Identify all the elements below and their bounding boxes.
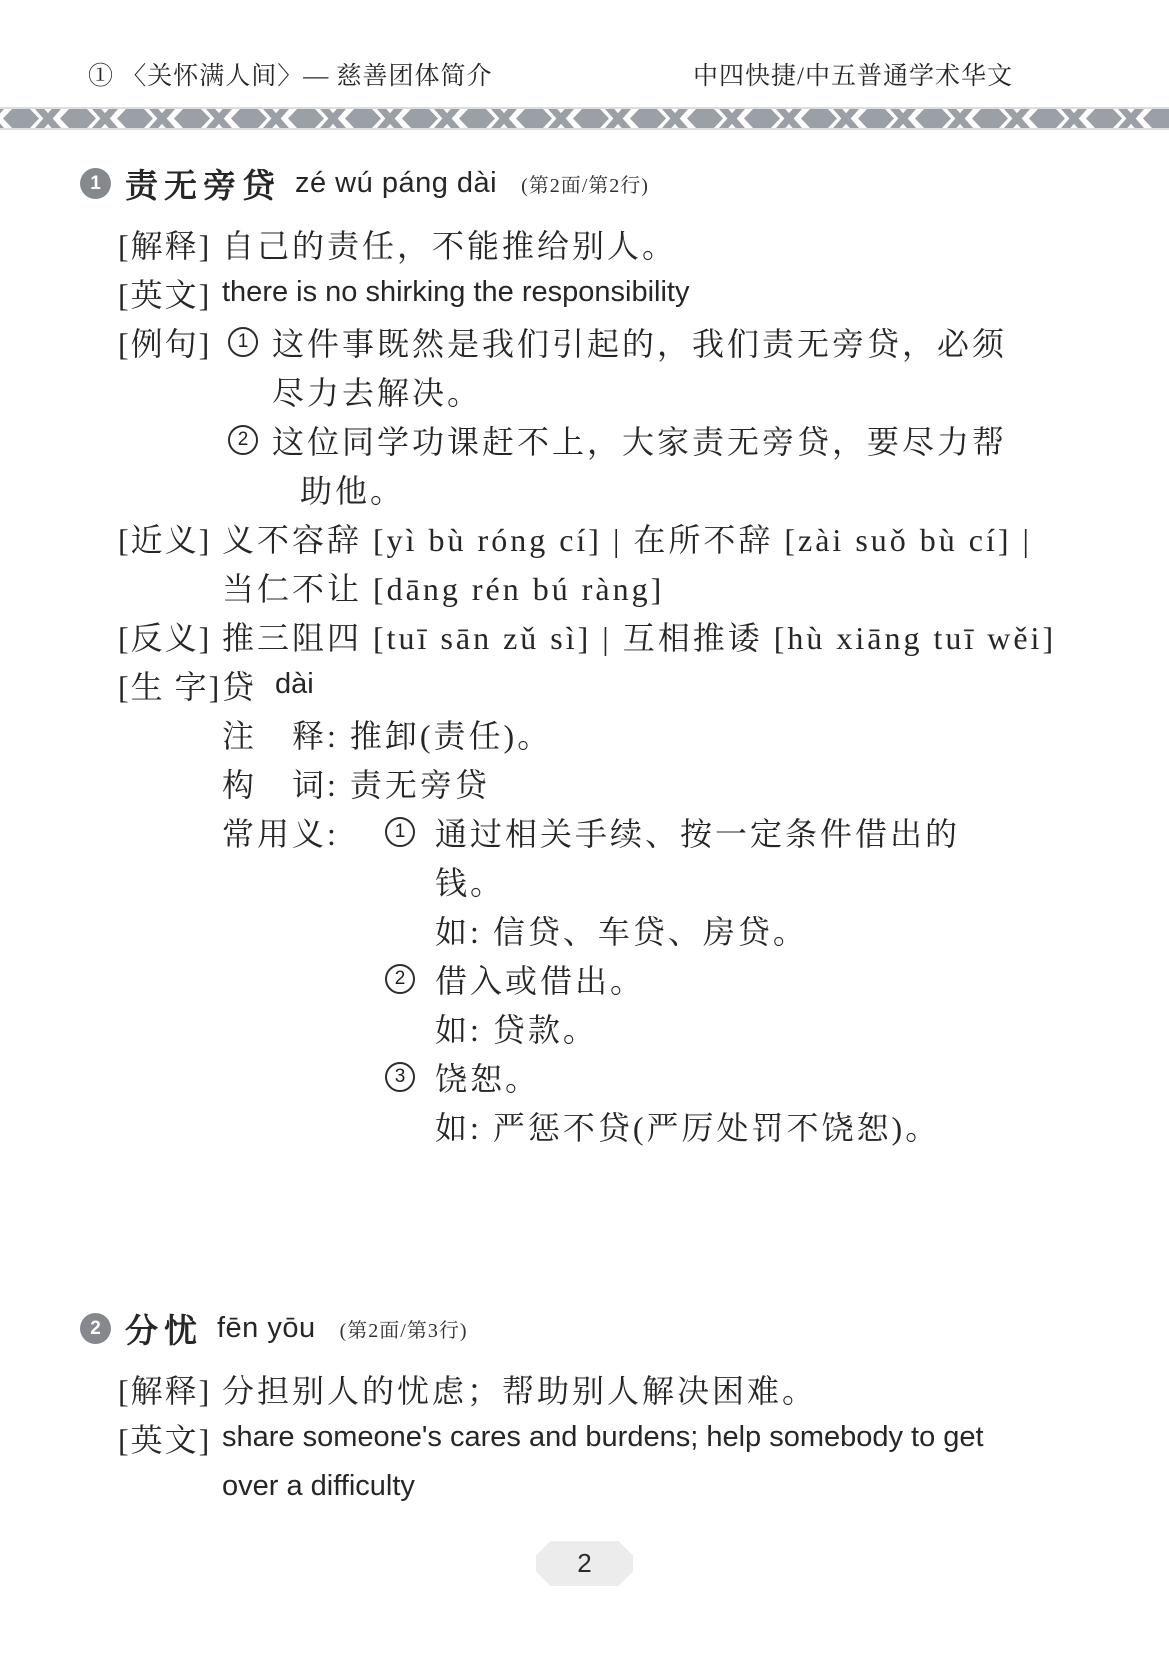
entry-number-badge: 1 [80, 168, 111, 199]
line-content: 钱。 [435, 858, 505, 904]
line-content: 如: 贷款。 [435, 1005, 598, 1051]
line-content: 当仁不让 [dāng rén bú ràng] [222, 564, 664, 610]
line-content: share someone's cares and burdens; help … [222, 1421, 984, 1454]
line-text: 这件事既然是我们引起的，我们责无旁贷，必须 [272, 319, 1007, 365]
line-text: 自己的责任，不能推给别人。 [222, 221, 677, 267]
line-content: 推三阻四 [tuī sān zǔ sì] | 互相推诿 [hù xiāng tu… [222, 613, 1056, 659]
vocabulary-entry: 1 责无旁贷 zé wú páng dài (第2面/第2行) [解释] 自己的… [0, 163, 1169, 1150]
entry-line: 3 饶恕。 [0, 1052, 1169, 1101]
line-content: 注 释: 推卸(责任)。 [222, 711, 552, 757]
page-number-badge: 2 [536, 1541, 633, 1586]
line-pinyin: dài [275, 668, 314, 701]
section-label: [解释] [118, 1366, 222, 1412]
line-text: 如: 信贷、车贷、房贷。 [435, 907, 808, 953]
line-text: over a difficulty [222, 1470, 415, 1503]
line-text: 如: 严惩不贷(严厉处罚不饶恕)。 [435, 1103, 940, 1149]
entry-line: [英文] there is no shirking the responsibi… [0, 268, 1169, 317]
line-text: 尽力去解决。 [272, 368, 482, 414]
line-content: 3 饶恕。 [385, 1054, 540, 1100]
entry-line: [反义] 推三阻四 [tuī sān zǔ sì] | 互相推诿 [hù xiā… [0, 611, 1169, 660]
line-text: 如: 贷款。 [435, 1005, 598, 1051]
line-content: 尽力去解决。 [272, 368, 482, 414]
entry-word: 责无旁贷 [125, 160, 281, 207]
vocabulary-entry: 2 分忧 fēn yōu (第2面/第3行) [解释] 分担别人的忧虑；帮助别人… [0, 1308, 1169, 1511]
vocabulary-entries: 1 责无旁贷 zé wú páng dài (第2面/第2行) [解释] 自己的… [0, 163, 1169, 1511]
entry-line: 注 释: 推卸(责任)。 [0, 709, 1169, 758]
line-content: 如: 信贷、车贷、房贷。 [435, 907, 808, 953]
textbook-page: ① 〈关怀满人间〉— 慈善团体简介 中四快捷/中五普通学术华文 1 责无旁贷 z… [0, 0, 1169, 1659]
entry-heading: 2 分忧 fēn yōu (第2面/第3行) [80, 1308, 1169, 1348]
page-footer: 2 [0, 1541, 1169, 1586]
circled-number-marker: 2 [385, 964, 415, 994]
entry-line: [生 字] 贷 dài [0, 660, 1169, 709]
line-content: 2 借入或借出。 [385, 956, 645, 1002]
line-content: 贷 dài [222, 662, 314, 708]
circled-number-marker: 3 [385, 1062, 415, 1092]
entry-line: [英文] share someone's cares and burdens; … [0, 1413, 1169, 1462]
section-label: [生 字] [118, 662, 222, 708]
entry-source-reference: (第2面/第2行) [521, 169, 649, 198]
line-text: 这位同学功课赶不上，大家责无旁贷，要尽力帮 [272, 417, 1007, 463]
entry-line: 助他。 [0, 464, 1169, 513]
line-text: 通过相关手续、按一定条件借出的 [435, 809, 960, 855]
line-content: 义不容辞 [yì bù róng cí] | 在所不辞 [zài suǒ bù … [222, 515, 1032, 561]
line-content: 分担别人的忧虑；帮助别人解决困难。 [222, 1366, 817, 1412]
line-content: 助他。 [300, 466, 405, 512]
page-header: ① 〈关怀满人间〉— 慈善团体简介 中四快捷/中五普通学术华文 [0, 0, 1169, 92]
entry-line: 构 词: 责无旁贷 [0, 758, 1169, 807]
line-content: 2 这位同学功课赶不上，大家责无旁贷，要尽力帮 [228, 417, 1007, 463]
line-text: 饶恕。 [435, 1054, 540, 1100]
line-content: 构 词: 责无旁贷 [222, 760, 490, 806]
line-text: 构 词: 责无旁贷 [222, 760, 490, 806]
line-content: 自己的责任，不能推给别人。 [222, 221, 677, 267]
section-label: [近义] [118, 515, 222, 561]
line-text: 借入或借出。 [435, 956, 645, 1002]
line-text: 当仁不让 [dāng rén bú ràng] [222, 564, 664, 610]
entry-pinyin: zé wú páng dài [295, 167, 497, 200]
circled-number-marker: 1 [228, 327, 258, 357]
entry-line: [近义] 义不容辞 [yì bù róng cí] | 在所不辞 [zài su… [0, 513, 1169, 562]
line-content: 1 这件事既然是我们引起的，我们责无旁贷，必须 [228, 319, 1007, 365]
section-label: [解释] [118, 221, 222, 267]
entry-line: 当仁不让 [dāng rén bú ràng] [0, 562, 1169, 611]
entry-line: 钱。 [0, 856, 1169, 905]
entry-line: 尽力去解决。 [0, 366, 1169, 415]
entry-line: [解释] 自己的责任，不能推给别人。 [0, 219, 1169, 268]
line-text: share someone's cares and burdens; help … [222, 1421, 984, 1454]
circled-number-marker: 1 [385, 817, 415, 847]
line-text: 钱。 [435, 858, 505, 904]
line-content: over a difficulty [222, 1470, 415, 1503]
line-text: 贷 [222, 662, 257, 708]
line-text: 推三阻四 [tuī sān zǔ sì] | 互相推诿 [hù xiāng tu… [222, 613, 1056, 659]
line-text: 义不容辞 [yì bù róng cí] | 在所不辞 [zài suǒ bù … [222, 515, 1032, 561]
entry-line: 2 借入或借出。 [0, 954, 1169, 1003]
line-prefix: 常用义: [222, 809, 385, 855]
section-label: [例句] [118, 319, 222, 365]
line-text: 助他。 [300, 466, 405, 512]
entry-lines: [解释] 自己的责任，不能推给别人。 [英文] there is no shir… [0, 219, 1169, 1150]
line-content: there is no shirking the responsibility [222, 276, 689, 309]
entry-number-badge: 2 [80, 1313, 111, 1344]
entry-line: 2 这位同学功课赶不上，大家责无旁贷，要尽力帮 [0, 415, 1169, 464]
section-label: [英文] [118, 1415, 222, 1461]
line-text: 分担别人的忧虑；帮助别人解决困难。 [222, 1366, 817, 1412]
entry-line: 如: 严惩不贷(严厉处罚不饶恕)。 [0, 1101, 1169, 1150]
entry-pinyin: fēn yōu [217, 1312, 316, 1345]
entry-line: [解释] 分担别人的忧虑；帮助别人解决困难。 [0, 1364, 1169, 1413]
header-right-title: 中四快捷/中五普通学术华文 [693, 56, 1013, 92]
entry-line: 如: 信贷、车贷、房贷。 [0, 905, 1169, 954]
section-label: [英文] [118, 270, 222, 316]
line-text: there is no shirking the responsibility [222, 276, 689, 309]
line-text: 注 释: 推卸(责任)。 [222, 711, 552, 757]
header-left-title: ① 〈关怀满人间〉— 慈善团体简介 [88, 56, 493, 92]
entry-line: [例句] 1 这件事既然是我们引起的，我们责无旁贷，必须 [0, 317, 1169, 366]
entry-line: over a difficulty [0, 1462, 1169, 1511]
entry-source-reference: (第2面/第3行) [340, 1314, 468, 1343]
entry-lines: [解释] 分担别人的忧虑；帮助别人解决困难。 [英文] share someon… [0, 1364, 1169, 1511]
entry-line: 如: 贷款。 [0, 1003, 1169, 1052]
entry-word: 分忧 [125, 1305, 203, 1352]
section-label: [反义] [118, 613, 222, 659]
decorative-band [0, 107, 1169, 130]
line-content: 常用义: 1 通过相关手续、按一定条件借出的 [222, 809, 960, 855]
line-content: 如: 严惩不贷(严厉处罚不饶恕)。 [435, 1103, 940, 1149]
circled-number-marker: 2 [228, 425, 258, 455]
entry-line: 常用义: 1 通过相关手续、按一定条件借出的 [0, 807, 1169, 856]
entry-heading: 1 责无旁贷 zé wú páng dài (第2面/第2行) [80, 163, 1169, 203]
